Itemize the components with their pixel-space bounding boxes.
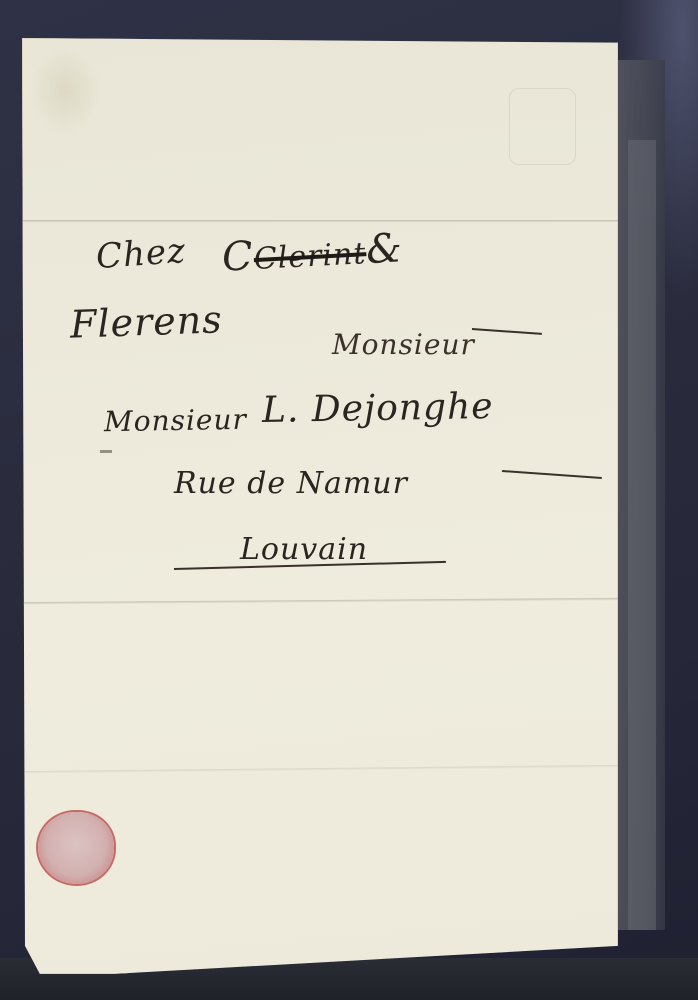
fold-line	[22, 598, 618, 605]
address-salutation-upper: Monsieur	[332, 328, 475, 361]
address-recipient-name: L. Dejonghe	[262, 386, 494, 431]
flourish-line	[472, 328, 542, 334]
address-chez: Chez	[95, 231, 188, 277]
address-care-of-initial: C	[221, 233, 255, 281]
album-sleeve-inner-edge	[628, 140, 656, 930]
fold-line	[22, 220, 618, 223]
address-city: Louvain	[240, 532, 368, 567]
address-street: Rue de Namur	[174, 466, 408, 501]
faint-postmark	[509, 88, 576, 165]
flourish-line	[502, 470, 602, 478]
ink-mark	[100, 450, 112, 453]
address-struck-name: Clerint	[253, 236, 367, 277]
address-title: Monsieur	[104, 403, 247, 438]
paper-stain	[30, 46, 100, 136]
wax-seal	[38, 812, 114, 884]
fold-line	[22, 765, 618, 774]
address-flerens: Flerens	[69, 297, 223, 346]
address-ampersand: &	[365, 225, 404, 273]
address-care-of: CClerint&	[221, 225, 404, 280]
letter-cover: Chez CClerint& Flerens Monsieur Monsieur…	[22, 38, 618, 974]
